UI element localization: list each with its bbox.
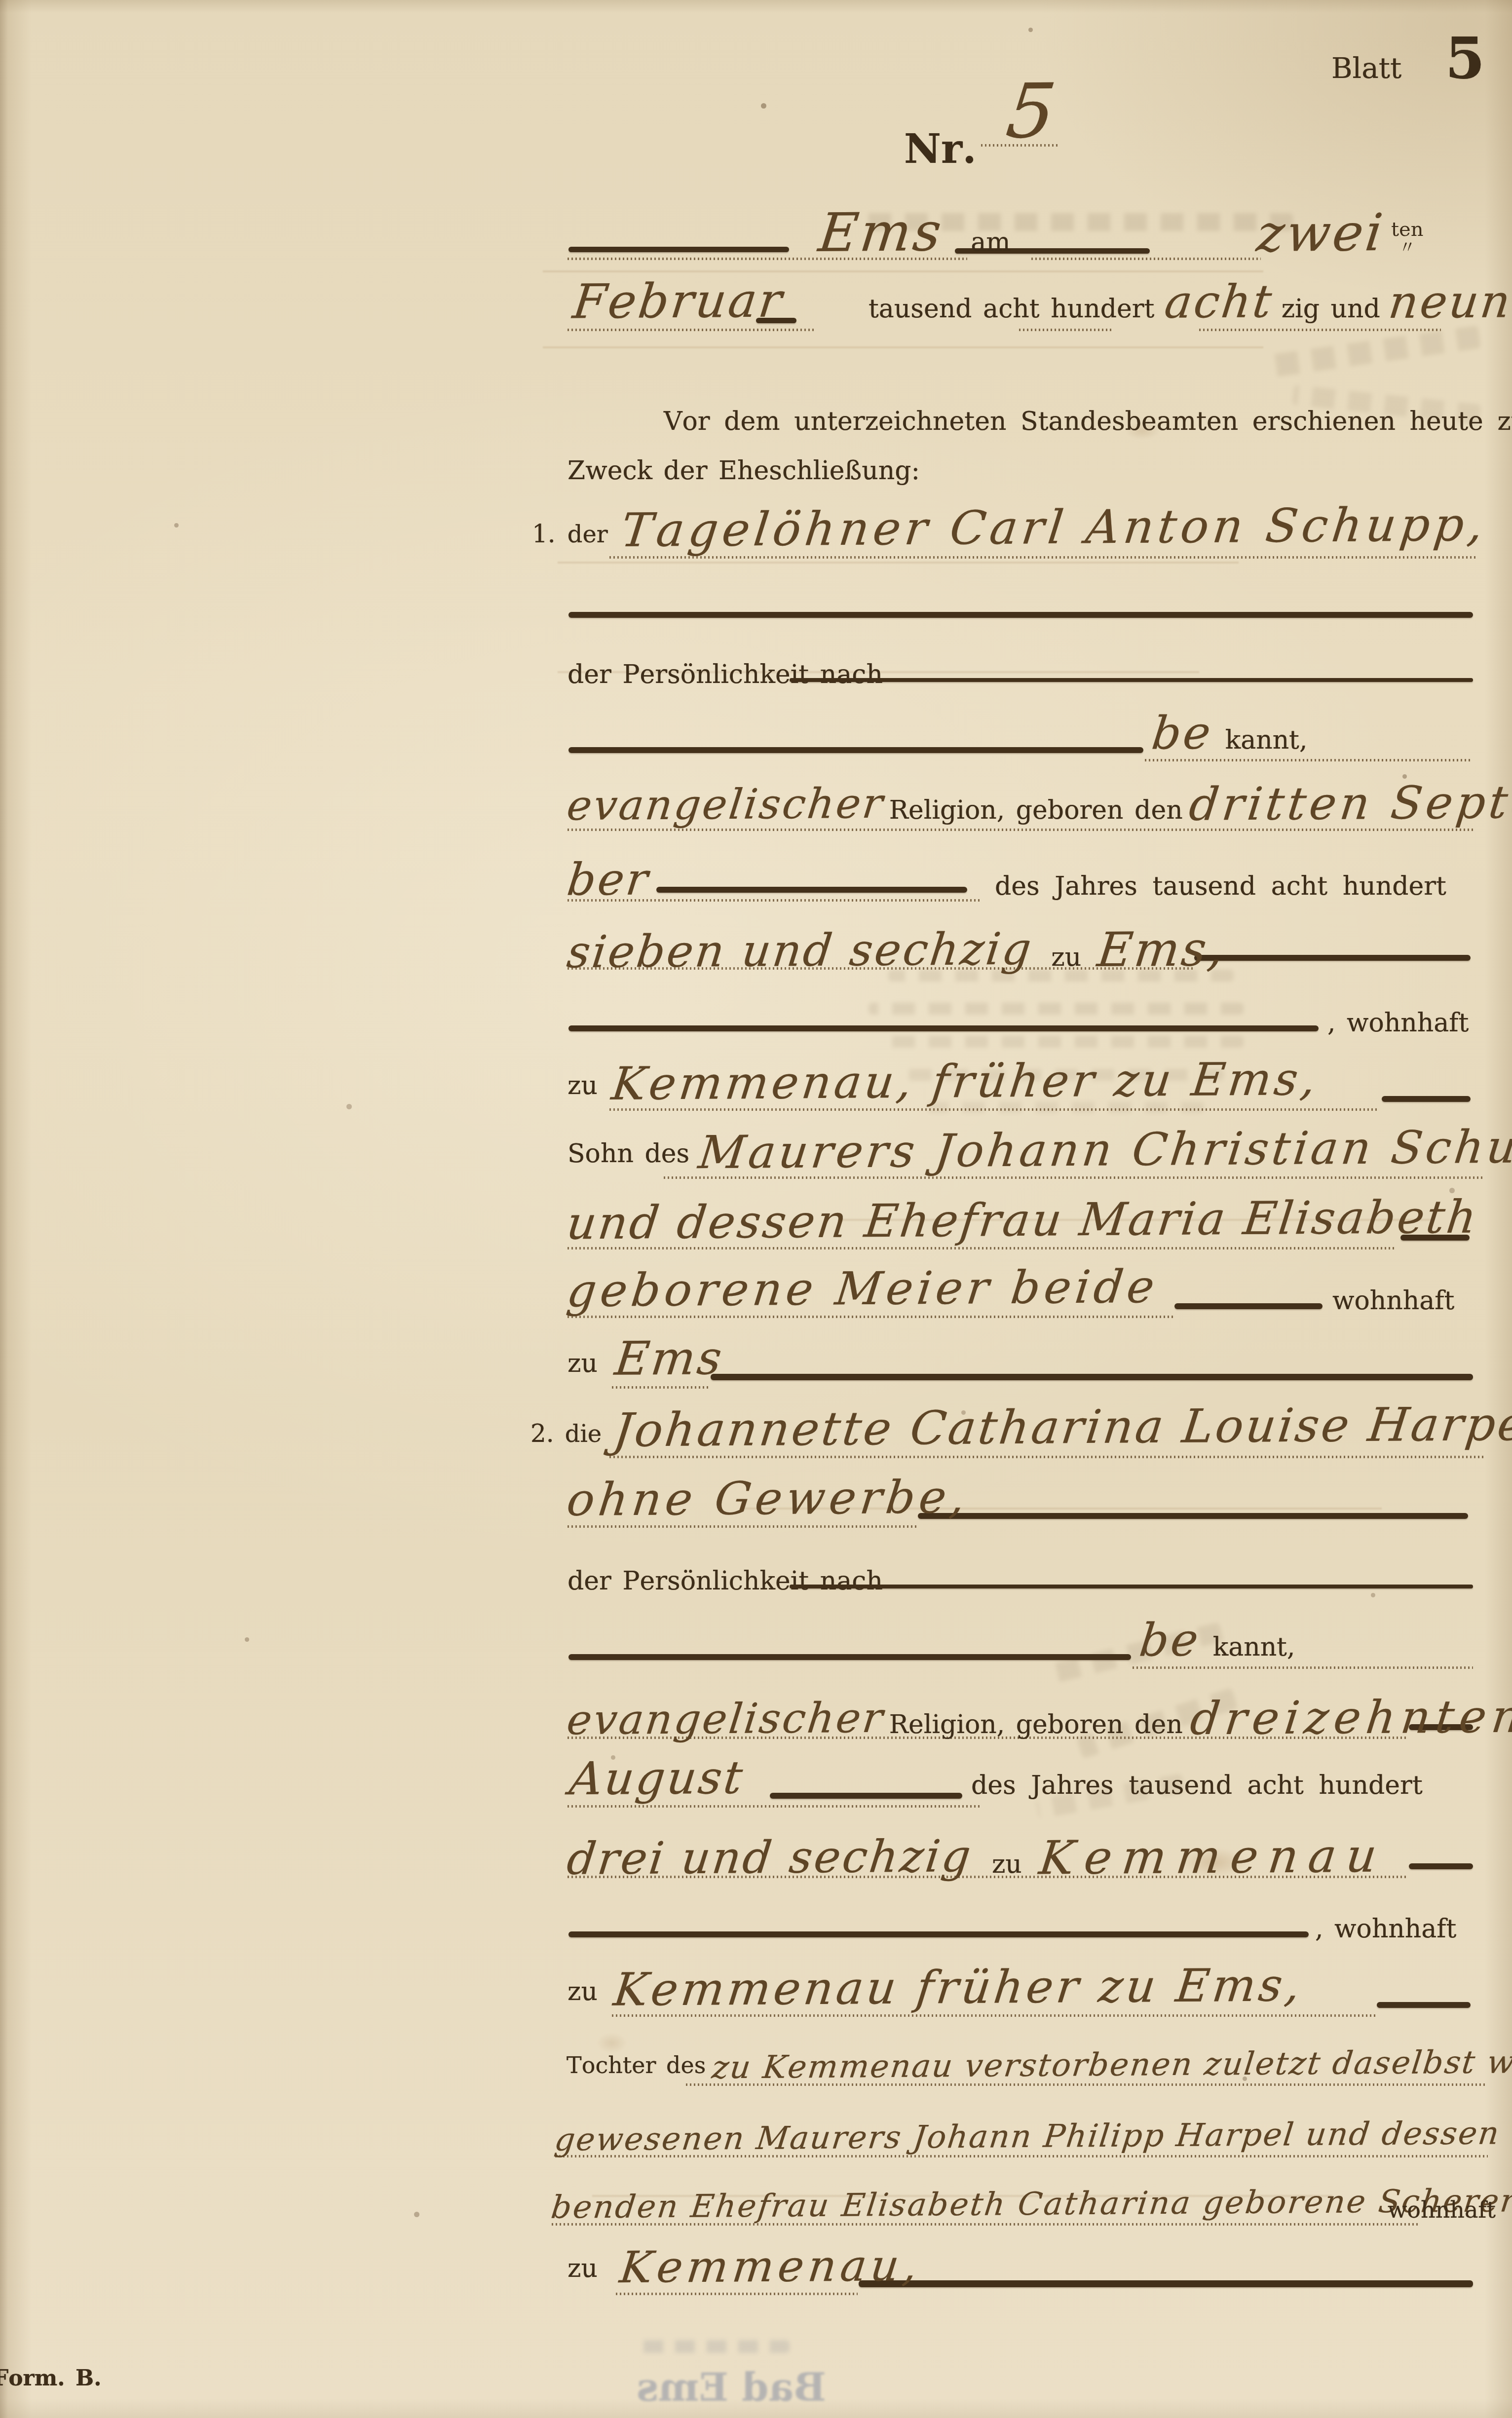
bride-religion-label: Religion, geboren den [889,1712,1183,1738]
bride-item-number: 2. [530,1421,554,1446]
dotted-fill-line [616,2293,858,2295]
opening-year-tens-suffix: zig und [1282,296,1380,322]
groom-mother-text-2: geborene Meier beide [565,1264,1161,1314]
bride-mother-text: benden Ehefrau Elisabeth Catharina gebor… [549,2185,1512,2224]
groom-son-of-label: Sohn des [567,1141,689,1167]
groom-father-line: Sohn des Maurers Johann Christian Schupp [567,1127,1512,1172]
groom-birth-year-place-line: sieben und sechzig zu Ems, [567,926,1225,973]
form-label: Form. B. [0,2368,101,2389]
bride-parents-residence-label: zu [567,2256,598,2281]
groom-religion: evangelischer [565,783,887,826]
groom-parents-resident-line: wohnhaft [1332,1288,1454,1314]
sheet-header: Blatt 5 [1331,30,1485,87]
bride-occupation-line: ohne Gewerbe, [567,1476,969,1521]
bride-father-line-2: gewesenen Maurers Johann Philipp Harpel … [555,2120,1512,2152]
groom-religion-label: Religion, geboren den [889,797,1183,823]
sheet-number: 5 [1445,30,1485,87]
bride-resident-line: , wohnhaft [1315,1916,1457,1942]
ink-strike [568,1654,1131,1660]
groom-residence: Kemmenau, früher zu Ems, [609,1057,1321,1107]
ink-strike [711,1374,1473,1380]
bride-known-prefix: be [1137,1618,1203,1663]
groom-mother-line-1: und dessen Ehefrau Maria Elisabeth [567,1198,1478,1243]
opening-place-date-line: Ems am zwei ten 〃 [819,206,1423,271]
dotted-fill-line [567,1805,982,1808]
ink-strike [568,1931,1309,1937]
bride-mother-line: benden Ehefrau Elisabeth Catharina gebor… [552,2189,1512,2220]
bride-name-line: 2. die Johannette Catharina Louise Harpe… [530,1404,1512,1451]
ink-strike [790,1585,1473,1588]
record-number: Nr. 5 [904,74,1058,149]
groom-mother-line-2: geborene Meier beide [567,1266,1158,1312]
bride-birth-month: August [567,1755,747,1802]
groom-article: der [567,523,608,546]
groom-birth-year-label: des Jahres tausend acht hundert [995,873,1446,899]
bride-birth-year: drei und sechzig [565,1834,975,1882]
groom-identity-line: der Persönlichkeit nach [567,662,883,687]
bride-resident-label: , wohnhaft [1315,1916,1457,1942]
bleedthrough-text-blob [888,1036,1244,1048]
preamble-text-2: Zweck der Eheschließung: [567,458,920,484]
dotted-fill-line [1199,329,1441,331]
groom-birth-place: Ems, [1096,925,1229,974]
ink-strike [568,247,789,252]
groom-name-occupation: Tagelöhner Carl Anton Schupp, [619,502,1490,554]
ink-strike [1174,1303,1323,1309]
groom-known-prefix: be [1150,711,1215,756]
groom-resident-line: , wohnhaft [1327,1010,1469,1036]
opening-day: zwei [1254,207,1387,259]
opening-year-units: neun. [1386,279,1512,325]
ink-strike [1194,955,1471,961]
groom-father: Maurers Johann Christian Schupp [696,1124,1512,1176]
bride-birth-year-place-line: drei und sechzig zu Kemmenau [567,1834,1386,1881]
opening-year-tens: acht [1163,279,1276,325]
bride-birth-day: dreizehnten [1188,1694,1512,1742]
bleedthrough-text-blob [642,2340,790,2353]
paper-speckles [0,0,2,2]
groom-parents-residence-line: zu Ems [567,1336,723,1382]
opening-am-label: am [971,229,1010,255]
ink-strike [918,1513,1468,1519]
bride-mother-resident-line: wohnhaft [1388,2198,1496,2221]
groom-birth-year: sieben und sechzig [565,927,1035,975]
groom-known-line: be kannt, [1152,711,1308,756]
groom-parents-residence: Ems [612,1335,726,1383]
bride-name: Johannette Catharina Louise Harpel, [611,1401,1512,1454]
bride-daughter-of-label: Tochter des [567,2054,706,2077]
record-number-label: Nr. [904,129,977,169]
groom-item-number: 1. [532,522,556,546]
bleedthrough-rule [543,346,1263,348]
bride-religion-birth-line: evangelischer Religion, geboren den drei… [567,1695,1512,1740]
groom-residence-line: zu Kemmenau, früher zu Ems, [567,1059,1318,1104]
groom-known-label: kannt, [1225,727,1308,753]
bride-occupation: ohne Gewerbe, [565,1474,971,1523]
bride-parents-residence-line: zu Kemmenau, [567,2245,921,2288]
sheet-label: Blatt [1331,54,1401,82]
ditto-mark: 〃 [1399,239,1416,256]
groom-birth-month-cont-line: ber des Jahres tausend acht hundert [567,858,1446,902]
ink-strike [859,2280,1473,2287]
bleedthrough-text-blob [869,1003,1244,1015]
preamble-text-1: Vor dem unterzeichneten Standesbeamten e… [664,409,1512,434]
bride-parents-residence: Kemmenau, [618,2244,924,2289]
groom-name-line: 1. der Tagelöhner Carl Anton Schupp, [532,505,1486,551]
bride-birth-place: Kemmenau [1037,1833,1389,1882]
preamble-line-1: Vor dem unterzeichneten Standesbeamten e… [664,409,1512,434]
bleedthrough-text-blob [1263,326,1481,378]
groom-mother-text-1: und dessen Ehefrau Maria Elisabeth [565,1195,1481,1247]
bride-identity-label: der Persönlichkeit nach [567,1568,883,1594]
bride-father-text-1: zu Kemmenau verstorbenen zuletzt daselbs… [711,2045,1512,2083]
bride-residence: Kemmenau früher zu Ems, [611,1963,1306,2013]
groom-religion-birth-line: evangelischer Religion, geboren den drit… [567,781,1512,826]
registry-form-page: Bad Ems Blatt 5 Nr. 5 Ems am zwei ten 〃 … [0,0,1512,2418]
bride-religion: evangelischer [565,1697,887,1740]
opening-day-suffix: ten [1391,220,1424,239]
form-label-line: Form. B. [0,2368,101,2389]
bride-identity-line: der Persönlichkeit nach [567,1568,883,1594]
ink-strike [568,612,1473,618]
bride-mother-resident-label: wohnhaft [1388,2198,1496,2221]
opening-year-printed: tausend acht hundert [869,296,1154,322]
bride-father-text-2: gewesenen Maurers Johann Philipp Harpel … [553,2116,1512,2155]
dotted-fill-line [612,1386,711,1389]
groom-birth-day-cont: ber [565,857,652,902]
bleedthrough-bottom-text: Bad Ems [637,2369,826,2407]
groom-resident-label: , wohnhaft [1327,1010,1469,1036]
groom-birth-day: dritten Septem [1187,779,1512,828]
ink-strike [790,678,1473,682]
ink-strike [568,747,1143,753]
ink-strike [1382,1096,1471,1102]
bride-known-line: be kannt, [1140,1618,1295,1663]
dotted-fill-line [1133,1666,1473,1669]
groom-residence-label: zu [567,1073,598,1098]
bride-birth-year-label: des Jahres tausend acht hundert [971,1773,1423,1798]
opening-day-suffix-block: ten 〃 [1391,220,1424,256]
ink-strike [1377,2002,1471,2008]
bride-article: die [565,1422,602,1446]
opening-year-line: Februar tausend acht hundert acht zig un… [573,277,1512,325]
preamble-line-2: Zweck der Eheschließung: [567,458,920,484]
groom-born-at-label: zu [1051,945,1081,970]
groom-parents-residence-label: zu [567,1351,598,1376]
bride-father-line-1: Tochter des zu Kemmenau verstorbenen zul… [567,2049,1512,2080]
opening-place: Ems [816,206,946,260]
bride-born-at-label: zu [992,1851,1022,1877]
bride-residence-label: zu [567,1979,598,2004]
groom-parents-resident-label: wohnhaft [1332,1288,1454,1314]
dotted-fill-line [981,144,1059,147]
bride-known-label: kannt, [1213,1634,1295,1660]
ink-strike [1409,1863,1473,1869]
bride-residence-line: zu Kemmenau früher zu Ems, [567,1965,1303,2010]
dotted-fill-line [1019,329,1113,331]
opening-month: Februar [570,277,786,326]
bride-birth-month-line: August des Jahres tausend acht hundert [570,1756,1423,1801]
ink-strike [568,1025,1319,1031]
bleedthrough-rule [558,562,1239,564]
groom-identity-label: der Persönlichkeit nach [567,662,883,687]
record-number-value: 5 [1003,74,1062,150]
